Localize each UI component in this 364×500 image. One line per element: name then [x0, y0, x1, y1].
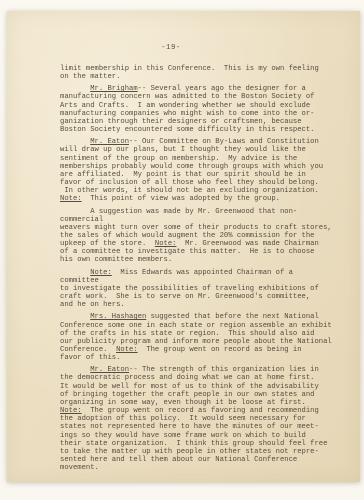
- document-page: -19- limit membership in this Conference…: [7, 11, 360, 482]
- speaker-name: Mr. Eaton: [90, 138, 129, 146]
- note-label: Note:: [116, 346, 138, 354]
- note-label: Note:: [155, 240, 177, 248]
- paragraph: Mr. Brigham-- Several years ago the desi…: [60, 85, 334, 134]
- paragraph: A suggestion was made by Mr. Greenwood t…: [60, 208, 334, 265]
- note-label: Note:: [90, 269, 112, 277]
- indent: [60, 366, 90, 374]
- indent: [60, 138, 90, 146]
- indent: [60, 85, 90, 93]
- text-segment: -- Several years ago the designer for a …: [60, 85, 314, 134]
- speaker-name: Mrs. Hashagen: [90, 313, 146, 321]
- indent: [60, 313, 90, 321]
- speaker-name: Mr. Eaton: [90, 366, 129, 374]
- paragraph: Mrs. Hashagen suggested that before the …: [60, 313, 334, 362]
- paragraph: limit membership in this Conference. Thi…: [60, 65, 334, 81]
- paragraph: Mr. Eaton-- The strength of this organiz…: [60, 366, 334, 472]
- speaker-name: Mr. Brigham: [90, 85, 137, 93]
- scanned-image-background: -19- limit membership in this Conference…: [0, 0, 364, 500]
- text-segment: The group went on record as favoring and…: [60, 407, 327, 472]
- note-label: Note:: [60, 195, 82, 203]
- text-segment: This point of view was adopted by the gr…: [82, 195, 280, 203]
- text-segment: -- Our Committee on By-Laws and Constitu…: [60, 138, 323, 195]
- text-segment: limit membership in this Conference. Thi…: [60, 65, 319, 81]
- paragraph: Mr. Eaton-- Our Committee on By-Laws and…: [60, 138, 334, 203]
- note-label: Note:: [60, 407, 82, 415]
- page-number: -19-: [34, 44, 308, 52]
- indent: [60, 269, 90, 277]
- paragraph: Note: Miss Edwards was appointed Chairma…: [60, 269, 334, 310]
